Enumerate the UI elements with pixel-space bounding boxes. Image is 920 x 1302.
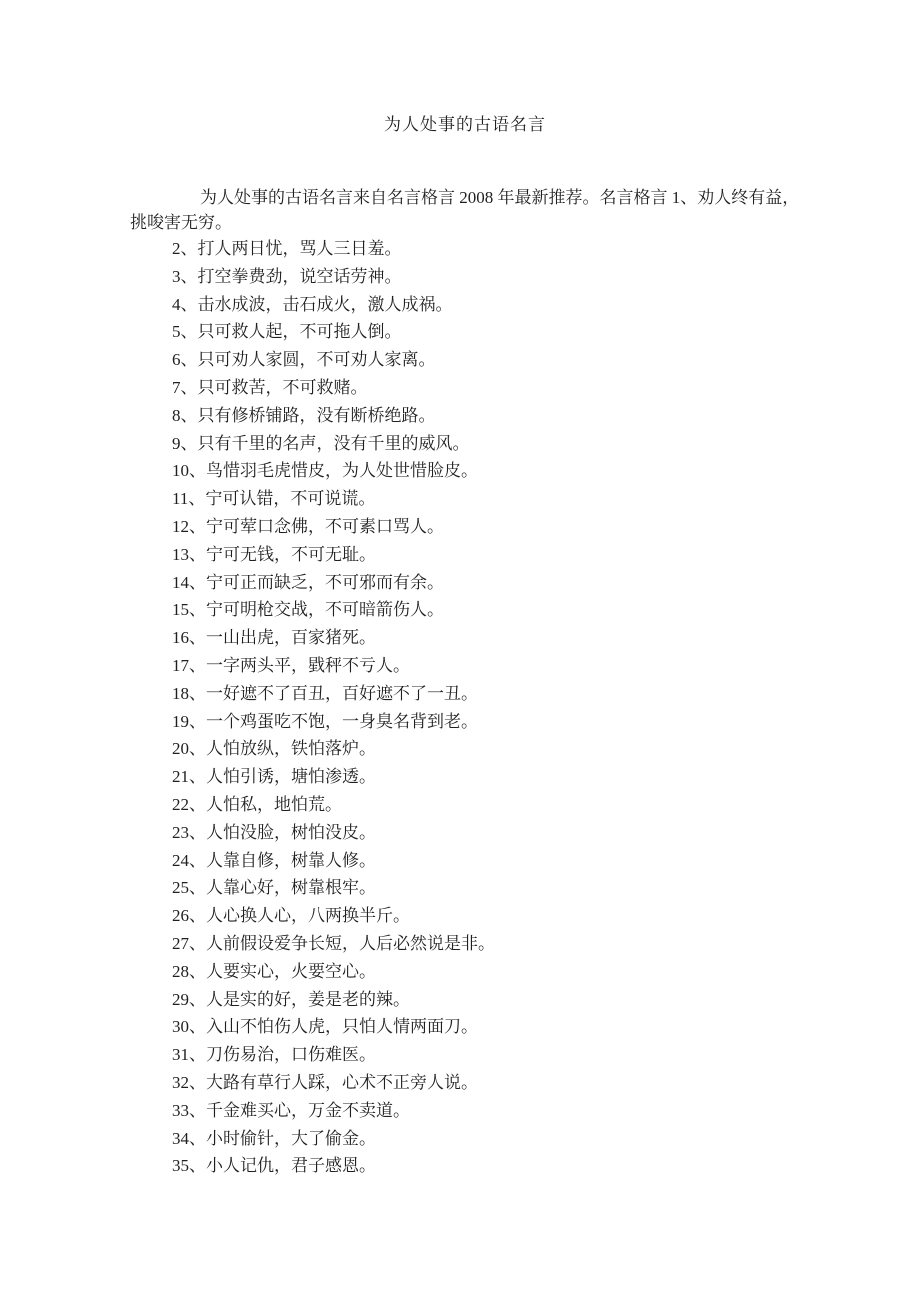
proverb-item: 26、人心换人心，八两换半斤。 xyxy=(172,902,800,930)
proverb-item: 28、人要实心，火要空心。 xyxy=(172,958,800,986)
proverb-item: 8、只有修桥铺路，没有断桥绝路。 xyxy=(172,402,800,430)
proverb-item: 27、人前假设爱争长短，人后必然说是非。 xyxy=(172,930,800,958)
proverb-item: 22、人怕私，地怕荒。 xyxy=(172,791,800,819)
intro-paragraph: 为人处事的古语名言来自名言格言 2008 年最新推荐。名言格言 1、劝人终有益，… xyxy=(130,185,800,235)
proverb-item: 5、只可救人起，不可拖人倒。 xyxy=(172,318,800,346)
proverb-item: 31、刀伤易治，口伤难医。 xyxy=(172,1041,800,1069)
proverb-item: 7、只可救苦，不可救赌。 xyxy=(172,374,800,402)
intro-line-1: 为人处事的古语名言来自名言格言 2008 年最新推荐。名言格言 1、劝人终有益， xyxy=(130,185,800,210)
proverb-item: 9、只有千里的名声，没有千里的威风。 xyxy=(172,430,800,458)
proverb-item: 25、人靠心好，树靠根牢。 xyxy=(172,874,800,902)
proverb-item: 21、人怕引诱，塘怕渗透。 xyxy=(172,763,800,791)
proverb-item: 33、千金难买心，万金不卖道。 xyxy=(172,1097,800,1125)
proverb-item: 29、人是实的好，姜是老的辣。 xyxy=(172,986,800,1014)
proverb-item: 32、大路有草行人踩，心术不正旁人说。 xyxy=(172,1069,800,1097)
proverb-item: 18、一好遮不了百丑，百好遮不了一丑。 xyxy=(172,680,800,708)
proverb-item: 16、一山出虎，百家猪死。 xyxy=(172,624,800,652)
proverb-item: 19、一个鸡蛋吃不饱，一身臭名背到老。 xyxy=(172,708,800,736)
proverb-item: 17、一字两头平，戥秤不亏人。 xyxy=(172,652,800,680)
proverb-list: 2、打人两日忧，骂人三日羞。3、打空拳费劲，说空话劳神。4、击水成波，击石成火，… xyxy=(130,235,800,1180)
proverb-item: 10、鸟惜羽毛虎惜皮，为人处世惜脸皮。 xyxy=(172,457,800,485)
page-title: 为人处事的古语名言 xyxy=(130,112,800,137)
proverb-item: 3、打空拳费劲，说空话劳神。 xyxy=(172,263,800,291)
intro-line-2: 挑唆害无穷。 xyxy=(130,210,800,235)
proverb-item: 11、宁可认错，不可说谎。 xyxy=(172,485,800,513)
proverb-item: 24、人靠自修，树靠人修。 xyxy=(172,847,800,875)
proverb-item: 2、打人两日忧，骂人三日羞。 xyxy=(172,235,800,263)
proverb-item: 13、宁可无钱，不可无耻。 xyxy=(172,541,800,569)
proverb-item: 35、小人记仇，君子感恩。 xyxy=(172,1152,800,1180)
proverb-item: 34、小时偷针，大了偷金。 xyxy=(172,1125,800,1153)
proverb-item: 30、入山不怕伤人虎，只怕人情两面刀。 xyxy=(172,1013,800,1041)
proverb-item: 15、宁可明枪交战，不可暗箭伤人。 xyxy=(172,596,800,624)
proverb-item: 14、宁可正而缺乏，不可邪而有余。 xyxy=(172,569,800,597)
proverb-item: 20、人怕放纵，铁怕落炉。 xyxy=(172,735,800,763)
proverb-item: 23、人怕没脸，树怕没皮。 xyxy=(172,819,800,847)
document-page: 为人处事的古语名言 为人处事的古语名言来自名言格言 2008 年最新推荐。名言格… xyxy=(0,0,920,1302)
proverb-item: 12、宁可荤口念佛，不可素口骂人。 xyxy=(172,513,800,541)
proverb-item: 6、只可劝人家圆，不可劝人家离。 xyxy=(172,346,800,374)
proverb-item: 4、击水成波，击石成火，激人成祸。 xyxy=(172,291,800,319)
